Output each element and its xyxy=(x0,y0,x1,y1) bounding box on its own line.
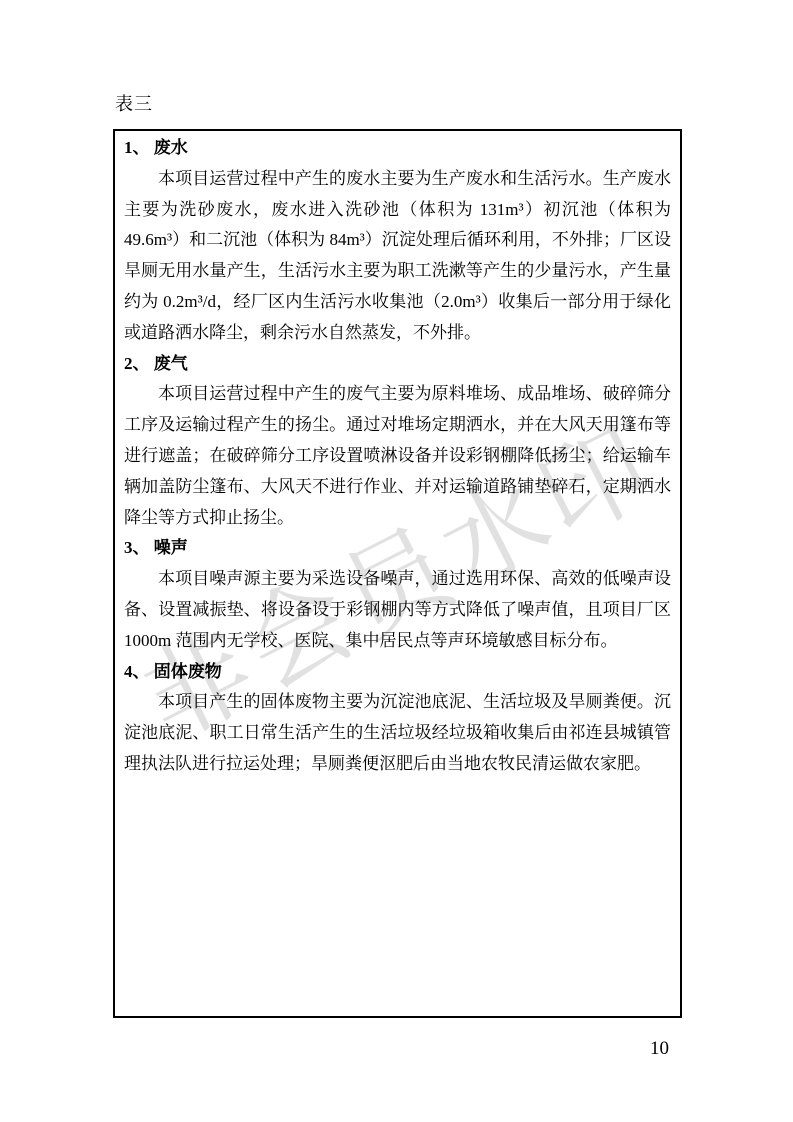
table-caption: 表三 xyxy=(115,92,153,116)
section-solid-waste-heading: 4、 固体废物 xyxy=(124,657,671,688)
section-wastewater: 1、 废水 本项目运营过程中产生的废水主要为生产废水和生活污水。生产废水主要为洗… xyxy=(124,133,671,349)
document-page: 表三 非会员水印 1、 废水 本项目运营过程中产生的废水主要为生产废水和生活污水… xyxy=(0,0,793,1122)
section-exhaust-gas-body: 本项目运营过程中产生的废气主要为原料堆场、成品堆场、破碎筛分工序及运输过程产生的… xyxy=(124,379,671,533)
section-noise-body: 本项目噪声源主要为采选设备噪声，通过选用环保、高效的低噪声设备、设置减振垫、将设… xyxy=(124,564,671,656)
table-cell: 1、 废水 本项目运营过程中产生的废水主要为生产废水和生活污水。生产废水主要为洗… xyxy=(115,131,680,780)
section-noise-heading: 3、 噪声 xyxy=(124,533,671,564)
page-number: 10 xyxy=(650,1036,669,1062)
section-wastewater-body: 本项目运营过程中产生的废水主要为生产废水和生活污水。生产废水主要为洗砂废水，废水… xyxy=(124,164,671,349)
section-exhaust-gas: 2、 废气 本项目运营过程中产生的废气主要为原料堆场、成品堆场、破碎筛分工序及运… xyxy=(124,349,671,534)
section-wastewater-heading: 1、 废水 xyxy=(124,133,671,164)
section-noise: 3、 噪声 本项目噪声源主要为采选设备噪声，通过选用环保、高效的低噪声设备、设置… xyxy=(124,533,671,656)
section-solid-waste-body: 本项目产生的固体废物主要为沉淀池底泥、生活垃圾及旱厕粪便。沉淀池底泥、职工日常生… xyxy=(124,687,671,779)
content-table: 1、 废水 本项目运营过程中产生的废水主要为生产废水和生活污水。生产废水主要为洗… xyxy=(113,129,682,1018)
section-exhaust-gas-heading: 2、 废气 xyxy=(124,349,671,380)
section-solid-waste: 4、 固体废物 本项目产生的固体废物主要为沉淀池底泥、生活垃圾及旱厕粪便。沉淀池… xyxy=(124,657,671,780)
